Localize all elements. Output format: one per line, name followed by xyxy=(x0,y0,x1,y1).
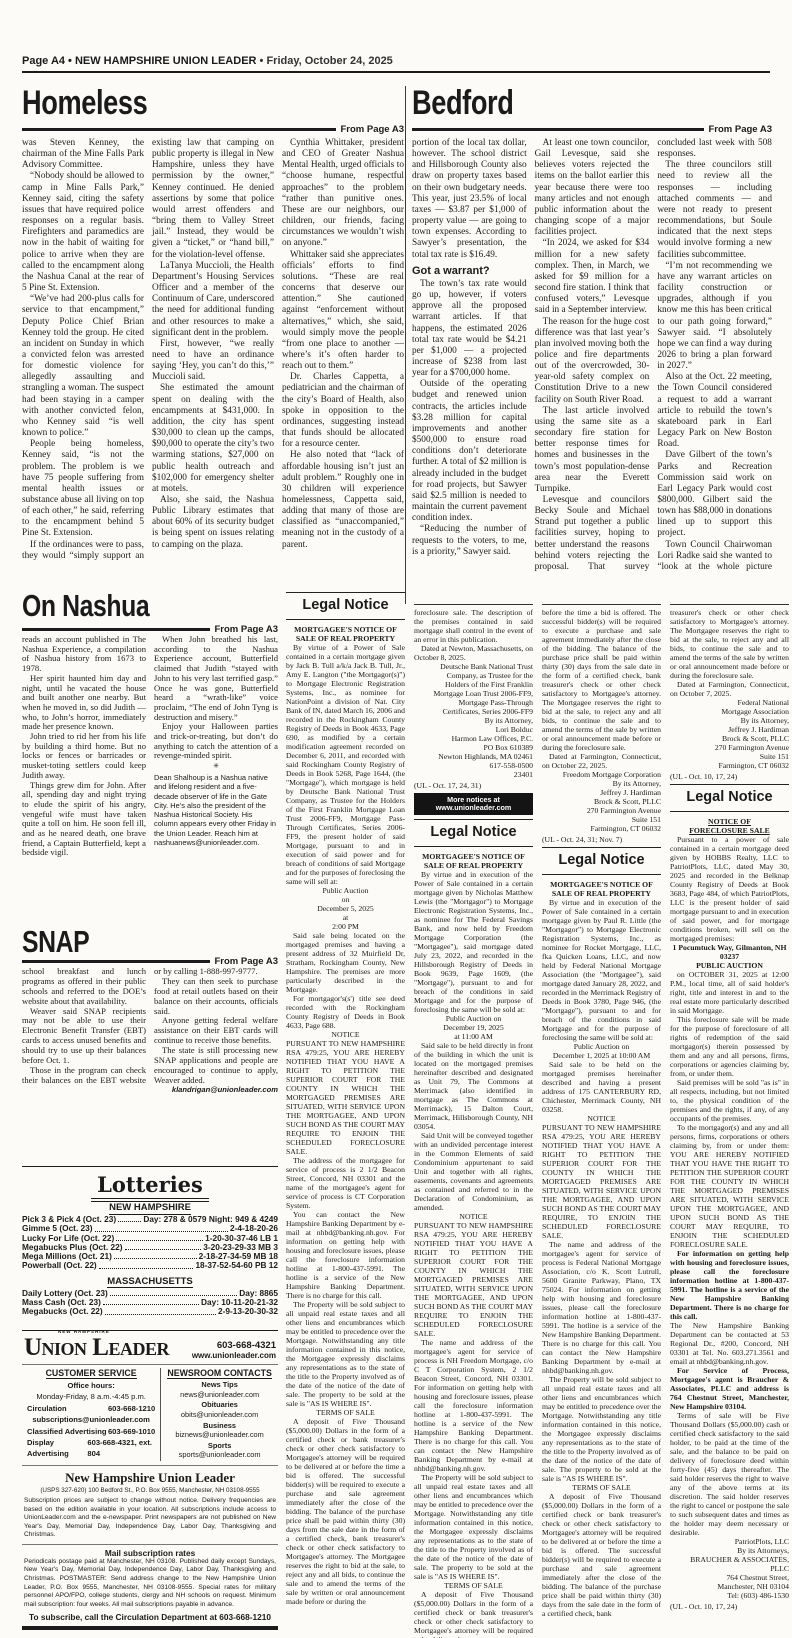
text-block: Dated at Farmington, Connecticut, on Oct… xyxy=(670,680,789,698)
text-block: For information on getting help with hou… xyxy=(670,1249,789,1321)
text-block: The New Hampshire Banking Department can… xyxy=(670,1321,789,1366)
legal-notice-header: Legal Notice xyxy=(414,819,533,847)
text-block: (UL - Oct. 10, 17, 24) xyxy=(670,772,789,781)
text-block: NOTICE OF FORECLOSURE SALE xyxy=(670,817,789,835)
contact-row: Office hours: xyxy=(27,1380,155,1391)
article-bedford: Bedford From Page A3 portion of the loca… xyxy=(412,84,772,578)
text-block: Dave Gilbert of the town’s Parks and Rec… xyxy=(657,450,772,539)
text-block: The Property will be sold subject to all… xyxy=(286,1300,405,1408)
text-block: By virtue and in execution of the Power … xyxy=(542,898,661,1042)
text-block: (UL - Oct. 17, 24, 31) xyxy=(414,781,533,790)
text-block: The Property will be sold subject to all… xyxy=(414,1473,533,1581)
dotted-leader xyxy=(99,1268,194,1269)
subscribe-line: To subscribe, call the Circulation Depar… xyxy=(22,1612,278,1622)
newsroom-contact: Sportssports@unionleader.com xyxy=(166,1441,273,1460)
paragraph: Enjoy your Halloween parties and trick-o… xyxy=(154,722,278,761)
lottery-row: Megabucks (Oct. 22)2-9-13-20-30-32 xyxy=(22,1307,278,1316)
bedford-jump-rule: From Page A3 xyxy=(412,124,772,135)
legal-column-2: foreclosure sale. The description of the… xyxy=(414,604,533,1638)
brand-name: Union Leader xyxy=(24,1334,169,1361)
paragraph: “We’ve had 200-plus calls for service to… xyxy=(22,294,144,439)
text-block: To the mortgagor(s) and any and all pers… xyxy=(670,1123,789,1249)
paragraph: First, however, “we really need to have … xyxy=(152,339,274,384)
text-block: 2:00 PM xyxy=(286,922,405,931)
text-block: At least one town councilor, Gail Levesq… xyxy=(535,138,650,238)
paragraph: Weaver said SNAP recipients may not be a… xyxy=(22,1007,146,1066)
text-block: Said Unit will be conveyed together with… xyxy=(414,1131,533,1212)
newsroom-contact: Businessbiznews@unionleader.com xyxy=(166,1421,273,1440)
text-block: PatriotPlots, LLC By its Attorneys, BRAU… xyxy=(670,1537,789,1600)
text-block: A deposit of Five Thousand ($5,000.00) D… xyxy=(414,1590,533,1638)
masthead-contact: 603-668-4321 www.unionleader.com xyxy=(192,1340,276,1360)
text-block: 1 Pocumtuck Way, Gilmanton, NH 03237 xyxy=(670,943,789,961)
text-block: You can contact the New Hampshire Bankin… xyxy=(286,1210,405,1300)
from-page-label: From Page A3 xyxy=(214,624,278,635)
lottery-row: Powerball (Oct. 22)18-37-52-54-60 PB 12 xyxy=(22,1261,278,1270)
paragraph: LaTanya Muccioli, the Health Department’… xyxy=(152,261,274,339)
text-block: Terms of sale will be Five Thousand Doll… xyxy=(670,1411,789,1537)
page-header: Page A4 • NEW HAMPSHIRE UNION LEADER • F… xyxy=(22,55,770,67)
subscription-terms: Subscription prices are subject to chang… xyxy=(22,1497,278,1540)
text-block: on OCTOBER 31, 2025 at 12:00 P.M., local… xyxy=(670,970,789,1015)
paragraph: The state is still processing new SNAP a… xyxy=(154,1046,278,1086)
masthead-brand-row: NEW HAMPSHIRE Union Leader 603-668-4321 … xyxy=(22,1332,278,1364)
paragraph: school breakfast and lunch programs as o… xyxy=(22,967,146,1007)
dotted-leader xyxy=(110,1295,237,1296)
text-block: MORTGAGEE'S NOTICE OF SALE OF REAL PROPE… xyxy=(414,852,533,870)
text-block: Pursuant to a power of sale contained in… xyxy=(670,835,789,943)
rule-line xyxy=(22,628,210,631)
lotteries-box: Lotteries NEW HAMPSHIRE Pick 3 & Pick 4 … xyxy=(22,1172,278,1324)
lottery-game-label: Powerball (Oct. 22) xyxy=(22,1261,97,1270)
text-block: Said sale to be held directly in front o… xyxy=(414,1041,533,1131)
paragraph: Things grew dim for John. After all, spe… xyxy=(22,781,146,859)
text-block: (UL - Oct. 24, 31; Nov. 7) xyxy=(542,835,661,844)
paper-name: New Hampshire Union Leader xyxy=(22,1465,278,1486)
dotted-leader xyxy=(118,1221,141,1222)
text-block: Public Auction xyxy=(286,886,405,895)
text-block: The reason for the huge cost difference … xyxy=(535,317,650,406)
text-block: The town’s tax rate would go up, however… xyxy=(412,279,527,379)
text-block: Said sale to be held on the mortgaged pr… xyxy=(542,1060,661,1114)
lotteries-title: Lotteries xyxy=(22,1172,278,1197)
contact-row: Circulation603-668-1210 xyxy=(27,1403,155,1414)
page-header-date: • Friday, October 24, 2025 xyxy=(256,55,392,67)
masthead-website: www.unionleader.com xyxy=(192,1351,276,1360)
paragraph: Anyone getting federal welfare assistanc… xyxy=(154,1016,278,1046)
from-page-label: From Page A3 xyxy=(214,956,278,967)
brand-state-label: NEW HAMPSHIRE xyxy=(58,1330,110,1335)
text-block: Public Auction on xyxy=(542,1042,661,1051)
bedford-headline: Bedford xyxy=(412,84,539,123)
text-block: PUBLIC AUCTION xyxy=(670,961,789,970)
from-page-label: From Page A3 xyxy=(340,124,404,135)
text-block: at xyxy=(286,913,405,922)
newsroom-contact: Obituariesobits@unionleader.com xyxy=(166,1400,273,1419)
dotted-leader xyxy=(125,1249,202,1250)
snap-body: school breakfast and lunch programs as o… xyxy=(22,967,278,1157)
homeless-body: was Steven Kenney, the chairman of the M… xyxy=(22,138,404,578)
contact-row: Classified Advertising603-669-1010 xyxy=(27,1426,155,1437)
text-block: NOTICE xyxy=(542,1114,661,1123)
legal-notice-header: Legal Notice xyxy=(542,847,661,875)
lottery-section-ma: MASSACHUSETTS xyxy=(22,1276,278,1287)
text-block: Also at the Oct. 22 meeting, the Town Co… xyxy=(657,372,772,450)
newsroom-contact: News Tipsnews@unionleader.com xyxy=(166,1380,273,1399)
text-block: treasurer's check or other check satisfa… xyxy=(670,608,789,680)
more-notices-bar: More notices at www.unionleader.com xyxy=(414,793,533,815)
text-block: The three councilors still need to revie… xyxy=(657,160,772,260)
legal-notice-header: Legal Notice xyxy=(670,784,789,812)
mail-rates-text: Periodicals postage paid at Manchester, … xyxy=(22,1558,278,1609)
text-block: “I’m not recommending we have any warran… xyxy=(657,261,772,373)
text-block: TERMS OF SALE xyxy=(542,1483,661,1492)
text-block: MORTGAGEE'S NOTICE OF SALE OF REAL PROPE… xyxy=(286,625,405,643)
masthead: NEW HAMPSHIRE Union Leader 603-668-4321 … xyxy=(22,1332,278,1630)
text-block: (UL - Oct. 10, 17, 24) xyxy=(670,1602,789,1611)
dotted-leader xyxy=(103,1304,199,1305)
paragraph: Whittaker said she appreciates officials… xyxy=(282,250,404,373)
text-block: December 5, 2025 xyxy=(286,904,405,913)
paragraph: John tried to rid her from his life by b… xyxy=(22,732,146,781)
newsroom-column: NEWSROOM CONTACTS News Tipsnews@unionlea… xyxy=(160,1368,278,1461)
article-on-nashua: On Nashua From Page A3 reads an account … xyxy=(22,588,278,918)
text-block: NOTICE xyxy=(414,1212,533,1221)
text-block: TERMS OF SALE xyxy=(286,1408,405,1417)
rule-line xyxy=(22,960,210,963)
text-block: The Property will be sold subject to all… xyxy=(542,1375,661,1483)
contact-row: subscriptions@unionleader.com xyxy=(27,1414,155,1425)
text-block: The address of the mortgagee for service… xyxy=(286,1156,405,1210)
text-block: TERMS OF SALE xyxy=(414,1581,533,1590)
rule-line xyxy=(412,128,704,131)
text-block: foreclosure sale. The description of the… xyxy=(414,608,533,644)
masthead-phone: 603-668-4321 xyxy=(192,1340,276,1351)
lottery-numbers: 2-9-13-20-30-32 xyxy=(218,1307,278,1316)
bedford-subhead: Got a warrant? xyxy=(412,265,527,278)
lottery-game-label: Megabucks (Oct. 22) xyxy=(22,1307,103,1316)
paragraph: Her spirit haunted him day and night, un… xyxy=(22,674,146,732)
text-block: portion of the local tax dollar, however… xyxy=(412,138,527,261)
customer-service-title: CUSTOMER SERVICE xyxy=(27,1368,155,1378)
snap-headline: SNAP xyxy=(22,924,106,960)
mail-rates-title: Mail subscription rates xyxy=(22,1544,278,1558)
paragraph: He also noted that “lack of affordable h… xyxy=(282,450,404,550)
text-block: at 11:00 AM xyxy=(414,1032,533,1041)
paragraph: People being homeless, Kenney said, “is … xyxy=(22,439,144,539)
legal-column-4: treasurer's check or other check satisfa… xyxy=(670,604,789,1638)
paragraph: Dr. Charles Cappetta, a pediatrician and… xyxy=(282,372,404,450)
text-block: Outside of the operating budget and rene… xyxy=(412,379,527,524)
text-block: For Service of Process, Mortgagee's agen… xyxy=(670,1366,789,1411)
columnist-bio: Dean Shalhoup is a Nashua native and lif… xyxy=(154,773,278,847)
text-block: A deposit of Five Thousand ($5,000.00) D… xyxy=(286,1417,405,1606)
customer-service-rows: Office hours:Monday-Friday, 8 a.m.-4:45 … xyxy=(27,1380,155,1460)
on-nashua-headline: On Nashua xyxy=(22,588,181,624)
text-block: Dated at Newton, Massachusetts, on Octob… xyxy=(414,644,533,662)
text-block: before the time a bid is offered. The su… xyxy=(542,608,661,752)
text-block: By virtue and in execution of the Power … xyxy=(414,870,533,1014)
text-block: PURSUANT TO NEW HAMPSHIRE RSA 479:25, YO… xyxy=(542,1123,661,1240)
dotted-leader xyxy=(116,1240,203,1241)
text-block: December 19, 2025 xyxy=(414,1023,533,1032)
paragraph: When John breathed his last, according t… xyxy=(154,635,278,722)
dotted-leader xyxy=(114,1258,197,1259)
paragraph: was Steven Kenney, the chairman of the M… xyxy=(22,138,144,171)
text-block: The name and address of the mortgagee's … xyxy=(542,1240,661,1375)
text-block: PURSUANT TO NEW HAMPSHIRE RSA 479:25, YO… xyxy=(286,1039,405,1156)
newsroom-title: NEWSROOM CONTACTS xyxy=(166,1368,273,1378)
bedford-body: portion of the local tax dollar, however… xyxy=(412,138,772,574)
text-block: Deutsche Bank National Trust Company, as… xyxy=(414,662,533,779)
newsroom-rows: News Tipsnews@unionleader.comObituarieso… xyxy=(166,1380,273,1460)
newspaper-page-a4: Page A4 • NEW HAMPSHIRE UNION LEADER • F… xyxy=(0,0,792,1638)
rule-line xyxy=(22,128,336,131)
paragraph: “Nobody should be allowed to camp in Min… xyxy=(22,171,144,294)
text-block: Dated at Farmington, Connecticut, on Oct… xyxy=(542,752,661,770)
lotteries-top-rule xyxy=(22,1166,278,1167)
paragraph: They can then seek to purchase food at r… xyxy=(154,977,278,1017)
union-leader-logo: NEW HAMPSHIRE Union Leader xyxy=(24,1335,169,1360)
article-divider xyxy=(405,86,406,604)
text-block: Said premises will be sold "as is" in al… xyxy=(670,1078,789,1123)
on-nashua-body: reads an account published in The Nashua… xyxy=(22,635,278,913)
contact-row: Display Advertising603-668-4321, ext. 80… xyxy=(27,1437,155,1460)
text-block: The name and address of the mortgagee's … xyxy=(414,1338,533,1473)
text-block: PURSUANT TO NEW HAMPSHIRE RSA 479:25, YO… xyxy=(414,1221,533,1338)
text-block: MORTGAGEE'S NOTICE OF SALE OF REAL PROPE… xyxy=(542,880,661,898)
legal-column-1: Legal NoticeMORTGAGEE'S NOTICE OF SALE O… xyxy=(286,590,405,1638)
text-block: Public Auction on xyxy=(414,1014,533,1023)
lottery-rows-ma: Daily Lottery (Oct. 23)Day: 8865Mass Cas… xyxy=(22,1289,278,1317)
text-block: Said sale being located on the mortgaged… xyxy=(286,931,405,994)
text-block: Federal National Mortgage Association By… xyxy=(670,698,789,770)
article-homeless: Homeless From Page A3 was Steven Kenney,… xyxy=(22,84,404,578)
text-block: A deposit of Five Thousand ($5,000.00) D… xyxy=(542,1492,661,1618)
paragraph: Also, she said, the Nashua Public Librar… xyxy=(152,495,274,551)
header-rule xyxy=(22,71,770,73)
text-block: The last article involved using the same… xyxy=(535,406,650,495)
legal-notice-header: Legal Notice xyxy=(286,592,405,620)
dotted-leader xyxy=(105,1314,216,1315)
homeless-headline: Homeless xyxy=(22,84,179,123)
from-page-label: From Page A3 xyxy=(708,124,772,135)
paragraph: Cynthia Whittaker, president and CEO of … xyxy=(282,138,404,250)
masthead-bottom-bar xyxy=(22,1626,278,1630)
snap-paragraphs: school breakfast and lunch programs as o… xyxy=(22,967,278,1094)
snap-jump-rule: From Page A3 xyxy=(22,956,278,967)
legal-column-3: before the time a bid is offered. The su… xyxy=(542,604,661,1638)
column-divider-star: ✳ xyxy=(154,763,278,771)
text-block: By virtue of a Power of Sale contained i… xyxy=(286,643,405,886)
text-block: This foreclosure sale will be made for t… xyxy=(670,1015,789,1078)
lottery-numbers: 18-37-52-54-60 PB 12 xyxy=(195,1261,278,1270)
on-nashua-jump-rule: From Page A3 xyxy=(22,624,278,635)
paragraph: reads an account published in The Nashua… xyxy=(22,635,146,674)
reporter-email: klandrigan@unionleader.com xyxy=(154,1086,278,1095)
lottery-section-nh: NEW HAMPSHIRE xyxy=(22,1202,278,1213)
dotted-leader xyxy=(95,1231,228,1232)
text-block: on xyxy=(286,895,405,904)
page-header-title: Page A4 • NEW HAMPSHIRE UNION LEADER xyxy=(22,55,256,67)
customer-service-column: CUSTOMER SERVICE Office hours:Monday-Fri… xyxy=(22,1368,160,1461)
lottery-rows-nh: Pick 3 & Pick 4 (Oct. 23)Day: 278 & 0579… xyxy=(22,1215,278,1271)
text-block: Freedom Mortgage Corporation By its Atto… xyxy=(542,770,661,833)
homeless-jump-rule: From Page A3 xyxy=(22,124,404,135)
article-snap: SNAP From Page A3 school breakfast and l… xyxy=(22,924,278,1160)
text-block: “In 2024, we asked for $34 million for a… xyxy=(535,238,650,316)
usps-line: (USPS 327-620) 100 Bedford St., P.O. Box… xyxy=(22,1487,278,1494)
masthead-contact-columns: CUSTOMER SERVICE Office hours:Monday-Fri… xyxy=(22,1364,278,1461)
text-block: “Reducing the number of requests to the … xyxy=(412,524,527,557)
paragraph: She estimated the amount spent on dealin… xyxy=(152,383,274,495)
text-block: NOTICE xyxy=(286,1030,405,1039)
contact-row: Monday-Friday, 8 a.m.-4:45 p.m. xyxy=(27,1391,155,1402)
text-block: December 1, 2025 at 10:00 AM xyxy=(542,1051,661,1060)
text-block: For mortgagor's(s') title see deed recor… xyxy=(286,994,405,1030)
